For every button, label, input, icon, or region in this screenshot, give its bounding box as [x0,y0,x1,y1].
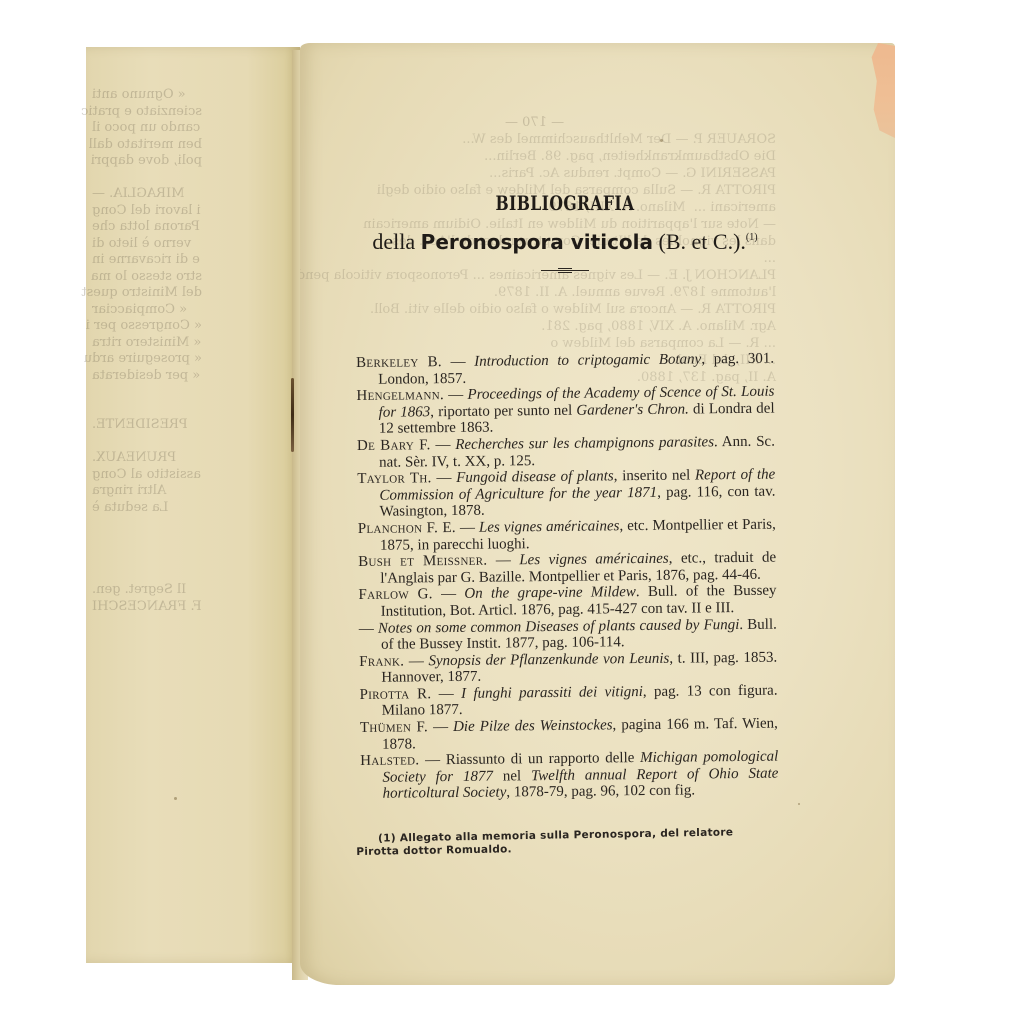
bleed-line: « Ognuno anti [92,87,202,104]
bleed-line [92,434,202,451]
bleed-line: « Congresso per i [92,318,202,335]
entry-title: Synopsis der Pflanzenkunde von Leunis [428,650,669,669]
entry-text: — [433,586,465,602]
bibliography-content: BIBLIOGRAFIA della Peronospora viticola … [356,191,774,870]
entry-text: — [431,437,456,453]
bleed-line [92,384,202,401]
binding-thread [291,378,294,452]
bleed-line: « proseguire ardu [92,351,202,368]
footnote-mark: (1) [746,232,758,243]
bleed-line: PRESIDENTE. [92,417,202,434]
left-page: « Ognuno antiscienziato e praticcando un… [86,47,300,963]
bleed-line: F. FRANCESCHI [92,599,202,616]
ornamental-rule [541,267,589,275]
species-authority: (B. et C.). [659,229,746,254]
bibliography-entry: Thümen F. — Die Pilze des Weinstockes, p… [360,716,778,754]
bleed-line: verno è lieto di [92,236,202,253]
bleed-line: Altri ringra [92,483,202,500]
entry-text: — [359,620,378,636]
bibliography-entry: De Bary F. — Recherches sur les champign… [357,434,775,472]
page-subtitle: della Peronospora viticola (B. et C.).(1… [356,229,774,255]
paper-speck [798,803,800,805]
entry-author: De Bary F. [357,437,431,454]
entry-text: — [432,470,457,486]
paper-speck [174,797,177,800]
entry-text: , riportato per sunto nel [430,402,576,420]
entry-author: Farlow G. [358,587,432,604]
ghost-line: SORAUER P. — Der Mehlthauschimmel des W.… [356,131,776,148]
bleed-line: « Ministero ritra [92,335,202,352]
bleed-line: stro stesso lo ma [92,269,202,286]
bleed-line: PRUNEAUX. [92,450,202,467]
entry-title: On the grape-vine Mildew [464,584,636,602]
entry-text: — [487,552,519,568]
bleed-line: La seduta è [92,500,202,517]
bleed-line: ben meritato dall [92,137,202,154]
bibliography-entry: Frank. — Synopsis der Pflanzenkunde von … [359,649,777,687]
species-name: Peronospora viticola [421,230,653,254]
bibliography-entry: Taylor Th. — Fungoid disease of plants, … [357,467,775,521]
entry-author: Bush et Meissner. [358,553,487,570]
bibliography-list: Berkeley B. — Introduction to criptogami… [356,351,779,803]
entry-title: Die Pilze des Weinstockes [453,717,613,735]
book-spread: « Ognuno antiscienziato e praticcando un… [0,0,1024,1024]
bleed-line [92,401,202,418]
bleed-line: e di ricavarne in [92,252,202,269]
ghost-page-number: — 170 — [505,115,564,130]
entry-author: Berkeley B. [356,354,442,371]
entry-text: — [456,520,479,536]
entry-author: Pirotta R. [359,686,431,703]
entry-text: — [442,354,474,370]
bleed-line [92,566,202,583]
bleed-line [92,516,202,533]
bleed-line: MIRAGLIA. — [92,186,202,203]
bleed-line: « per desiderata [92,368,202,385]
entry-text: , inserito nel [614,468,695,485]
bibliography-entry: Planchon F. E. — Les vignes américaines,… [358,517,776,555]
entry-author: Thümen F. [360,719,428,736]
bleed-line [92,170,202,187]
entry-title: Les vignes américaines [519,551,669,569]
entry-text: — [428,719,453,735]
right-page: — 170 — SORAUER P. — Der Mehlthauschimme… [300,43,895,985]
bleed-line: Il Segret. gen. [92,582,202,599]
entry-title: I funghi parassiti dei vitigni [461,684,643,702]
ghost-line: PASSERINI G. — Compt. rendus Ac. Paris..… [356,165,776,182]
ghost-line: Die Obstbaumkrankheiten, pag. 98. Berlin… [356,148,776,165]
entry-title: Gardener's Chron. [576,401,689,418]
entry-title: Notes on some common Diseases of plants … [378,617,740,637]
footnote: (1) Allegato alla memoria sulla Peronosp… [356,826,774,859]
entry-title: Introduction to criptogamic Botany [474,351,701,369]
bibliography-entry: Berkeley B. — Introduction to criptogami… [356,351,774,389]
subtitle-prefix: della [372,229,415,254]
entry-author: Hengelmann. [356,387,444,404]
bleed-line: cando un poco il [92,120,202,137]
entry-text: — Riassunto di un rapporto delle [419,750,640,768]
bibliography-entry: Halsted. — Riassunto di un rapporto dell… [360,749,778,803]
bleed-line: i lavori del Cong [92,203,202,220]
bibliography-entry: — Notes on some common Diseases of plant… [359,616,777,654]
entry-title: Recherches sur les champignons parasites [455,434,714,453]
entry-author: Frank. [359,653,404,669]
entry-text: , 1878-79, pag. 96, 102 con fig. [506,783,695,801]
bleed-line: poli, dove dappri [92,153,202,170]
entry-text: — [444,387,468,403]
paper-speck [660,139,663,142]
entry-title: Les vignes américaines [479,518,620,535]
bibliography-entry: Farlow G. — On the grape-vine Mildew. Bu… [358,583,776,621]
bleed-line: del Ministro quest [92,285,202,302]
bleed-line: assistito al Cong [92,467,202,484]
bleed-line: « Compiacciar [92,302,202,319]
entry-author: Halsted. [360,753,419,770]
entry-text: — [431,686,461,702]
entry-text: — [404,653,428,669]
bleed-line [92,533,202,550]
bibliography-entry: Hengelmann. — Proceedings of the Academy… [356,384,774,438]
bibliography-entry: Bush et Meissner. — Les vignes américain… [358,550,776,588]
entry-text: nel [493,768,531,784]
entry-author: Taylor Th. [357,470,432,487]
bibliography-entry: Pirotta R. — I funghi parassiti dei viti… [359,682,777,720]
left-page-bleed-through-text: « Ognuno antiscienziato e praticcando un… [92,87,202,615]
bleed-line: scienziato e pratic [92,104,202,121]
torn-corner [869,43,895,138]
entry-title: Fungoid disease of plants [456,468,614,486]
bleed-line: Parona lotta che [92,219,202,236]
page-title: BIBLIOGRAFIA [402,191,728,215]
bleed-line [92,549,202,566]
entry-author: Planchon F. E. [358,520,456,537]
